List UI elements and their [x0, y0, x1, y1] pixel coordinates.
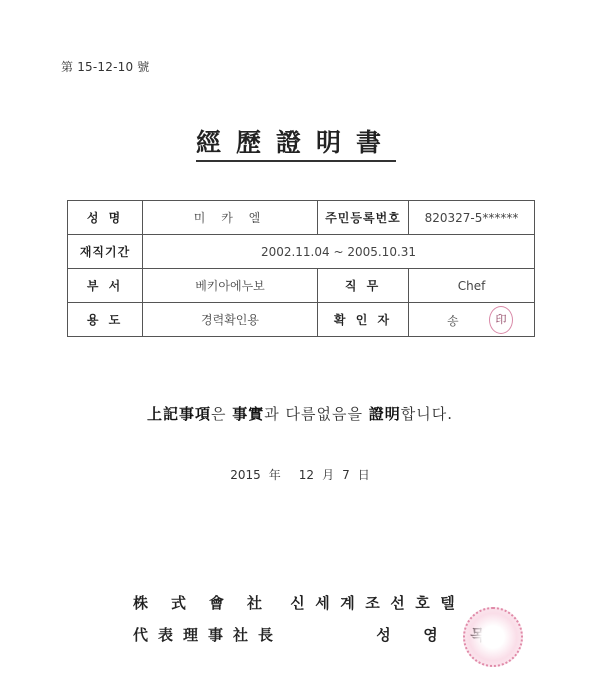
seal-stamp-icon: 印 [489, 306, 513, 334]
position-value: Chef [409, 269, 535, 303]
company-type-char: 社 [247, 592, 285, 613]
company-name-char: 선 [385, 592, 410, 613]
employment-period-label: 재직기간 [68, 235, 143, 269]
confirmer-label: 확 인 자 [318, 303, 409, 337]
company-name-char: 세 [310, 592, 335, 613]
issue-day: 7 [342, 468, 350, 482]
company-seal-stamp-icon [463, 607, 523, 667]
rep-title-char: 事 [208, 624, 233, 645]
issue-year: 2015 [230, 468, 261, 482]
statement-text-6: 합니다. [401, 405, 453, 423]
statement-text-4: 과 다름없음을 [264, 405, 368, 423]
table-row-name: 성 명 미 카 엘 주민등록번호 820327-5****** [68, 201, 535, 235]
department-label: 부 서 [68, 269, 143, 303]
position-label: 직 무 [318, 269, 409, 303]
company-type-char: 式 [171, 592, 209, 613]
rep-title-char: 表 [158, 624, 183, 645]
table-row-purpose: 용 도 경력확인용 확 인 자 송 印 [68, 303, 535, 337]
purpose-value: 경력확인용 [143, 303, 318, 337]
company-type-char: 會 [209, 592, 247, 613]
table-row-employment-period: 재직기간 2002.11.04 ~ 2005.10.31 [68, 235, 535, 269]
certification-statement: 上記事項은 事實과 다름없음을 證明합니다. [0, 403, 600, 424]
employment-info-table: 성 명 미 카 엘 주민등록번호 820327-5****** 재직기간 200… [67, 200, 535, 337]
issue-date: 2015年12月7日 [0, 466, 600, 483]
year-unit: 年 [269, 468, 281, 482]
name-value: 미 카 엘 [143, 201, 318, 235]
rep-title-char: 長 [258, 624, 283, 645]
resident-number-label: 주민등록번호 [318, 201, 409, 235]
rep-name-char: 영 [407, 624, 454, 645]
document-title: 經歷證明書 [196, 128, 396, 162]
rep-name-char: 성 [360, 624, 407, 645]
confirmer-cell: 송 印 [409, 303, 535, 337]
company-name-char: 호 [410, 592, 435, 613]
purpose-label: 용 도 [68, 303, 143, 337]
rep-title-char: 代 [133, 624, 158, 645]
month-unit: 月 [322, 468, 334, 482]
document-number: 第 15-12-10 號 [61, 58, 150, 75]
department-value: 베키아에누보 [143, 269, 318, 303]
company-name-char: 계 [335, 592, 360, 613]
resident-number-value: 820327-5****** [409, 201, 535, 235]
statement-text-2: 은 [211, 405, 232, 423]
rep-title-char: 理 [183, 624, 208, 645]
company-name-char: 텔 [435, 592, 460, 613]
representative-title: 代表理事社長 [133, 624, 283, 645]
issue-month: 12 [299, 468, 314, 482]
rep-title-char: 社 [233, 624, 258, 645]
statement-bold-5: 證明 [369, 405, 401, 423]
company-name-char: 조 [360, 592, 385, 613]
company-type-char: 株 [133, 592, 171, 613]
table-row-department: 부 서 베키아에누보 직 무 Chef [68, 269, 535, 303]
statement-bold-1: 上記事項 [147, 405, 211, 423]
company-name-char: 신 [285, 592, 310, 613]
name-label: 성 명 [68, 201, 143, 235]
day-unit: 日 [358, 468, 370, 482]
statement-bold-3: 事實 [232, 405, 264, 423]
confirmer-name: 송 [447, 312, 459, 329]
company-name-line: 株式會社신세계조선호텔 [133, 592, 460, 613]
employment-period-value: 2002.11.04 ~ 2005.10.31 [143, 235, 535, 269]
